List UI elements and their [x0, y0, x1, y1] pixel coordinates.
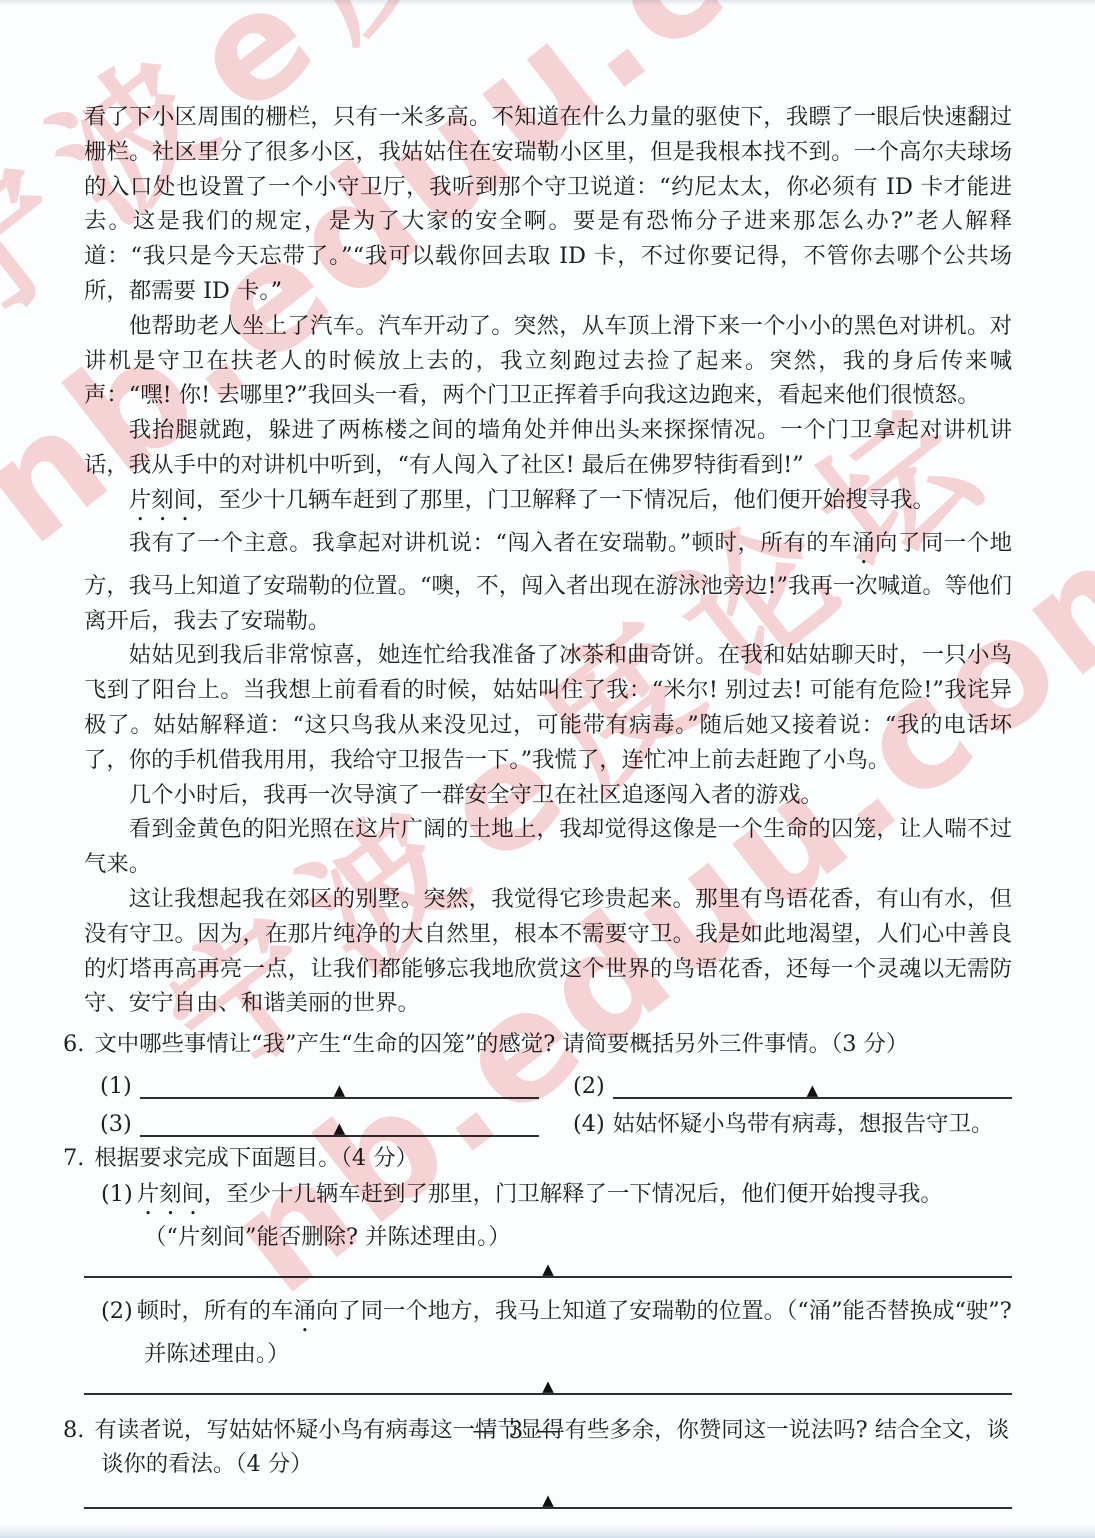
reading-passage: 看了下小区周围的栅栏，只有一米多高。不知道在什么力量的驱使下，我瞟了一眼后快速翻… [84, 100, 1012, 1021]
passage-text: 我有了一个主意。我拿起对讲机说：“闯入者在安瑞勒。”顿时，所有的车 [129, 530, 852, 556]
passage-text: 姑姑见到我后非常惊喜，她连忙给我准备了冰茶和曲奇饼。在我和姑姑聊天时，一只小鸟飞… [84, 642, 1012, 772]
passage-paragraph: 看到金黄色的阳光照在这片广阔的土地上，我却觉得这像是一个生命的囚笼，让人喘不过气… [84, 812, 1012, 882]
blank-marker: (4) [573, 1111, 613, 1137]
passage-paragraph: 我抬腿就跑，躲进了两栋楼之间的墙角处并伸出头来探探情况。一个门卫拿起对讲机讲话，… [84, 413, 1012, 483]
sub-item-note: （“片刻间”能否删除? 并陈述理由。） [144, 1224, 511, 1250]
passage-paragraph: 他帮助老人坐上了汽车。汽车开动了。突然，从车顶上滑下来一个小小的黑色对讲机。对讲… [84, 309, 1012, 413]
answer-triangle-icon: ▲ [334, 1121, 346, 1135]
question-6-stem: 文中哪些事情让“我”产生“生命的囚笼”的感觉? 请简要概括另外三件事情。（3 分… [94, 1031, 908, 1057]
sub-item-marker: (2) [101, 1298, 137, 1324]
answer-blank-line: ▲ [140, 1111, 539, 1137]
question-6-number: 6. [63, 1031, 94, 1057]
blank-row: (1) ▲ (2) ▲ [100, 1061, 1012, 1099]
answer-rule-q7-1: ▲ [84, 1256, 1012, 1278]
blank-marker: (1) [100, 1073, 140, 1099]
answer-triangle-icon: ▲ [807, 1083, 819, 1097]
quoted-sentence: 顿时，所有的车涌向了同一个地方，我马上知道了安瑞勒的位置。（“涌”能否替换成“驶… [137, 1298, 1012, 1367]
passage-paragraph: 看了下小区周围的栅栏，只有一米多高。不知道在什么力量的驱使下，我瞟了一眼后快速翻… [84, 100, 1012, 309]
question-7-stem: 根据要求完成下面题目。（4 分） [94, 1145, 418, 1171]
given-answer-text: 姑姑怀疑小鸟带有病毒，想报告守卫。 [613, 1111, 994, 1137]
answer-rule-q8: ▲ [84, 1487, 1012, 1509]
blank-row: (3) ▲ (4) 姑姑怀疑小鸟带有病毒，想报告守卫。 [100, 1099, 1012, 1137]
passage-text: 我抬腿就跑，躲进了两栋楼之间的墙角处并伸出头来探探情况。一个门卫拿起对讲机讲话，… [84, 417, 1012, 478]
answer-blank-line: ▲ [613, 1073, 1012, 1099]
page-content: 看了下小区周围的栅栏，只有一米多高。不知道在什么力量的驱使下，我瞟了一眼后快速翻… [84, 100, 1012, 1509]
passage-text: 几个小时后，我再一次导演了一群安全守卫在社区追逐闯入者的游戏。 [129, 782, 823, 808]
passage-text: 顿时，所有的车 [137, 1298, 294, 1324]
question-7-number: 7. [63, 1145, 94, 1171]
passage-text: 他帮助老人坐上了汽车。汽车开动了。突然，从车顶上滑下来一个小小的黑色对讲机。对讲… [84, 313, 1012, 409]
passage-paragraph: 姑姑见到我后非常惊喜，她连忙给我准备了冰茶和曲奇饼。在我和姑姑聊天时，一只小鸟飞… [84, 638, 1012, 777]
question-7: 7.根据要求完成下面题目。（4 分） [63, 1141, 1012, 1175]
answer-triangle-icon: ▲ [542, 1493, 554, 1507]
passage-text: ，至少十几辆车赶到了那里，门卫解释了一下情况后，他们便开始搜寻我。 [204, 1181, 943, 1207]
emphasized-text: 片刻间 [137, 1181, 204, 1207]
scan-edge-top [0, 0, 1095, 6]
sub-item-marker: (1) [101, 1181, 137, 1207]
question-6-blanks: (1) ▲ (2) ▲ (3) ▲ (4) 姑姑怀疑小鸟带有病毒 [100, 1061, 1012, 1137]
page-number: — 3 — [0, 1418, 1035, 1444]
question-6: 6.文中哪些事情让“我”产生“生命的囚笼”的感觉? 请简要概括另外三件事情。（3… [63, 1027, 1012, 1061]
answer-rule-q7-2: ▲ [84, 1373, 1012, 1395]
answer-blank-1: (1) ▲ [100, 1073, 539, 1099]
answer-triangle-icon: ▲ [334, 1083, 346, 1097]
quoted-sentence: 片刻间，至少十几辆车赶到了那里，门卫解释了一下情况后，他们便开始搜寻我。 [137, 1181, 943, 1207]
blank-marker: (2) [573, 1073, 613, 1099]
exam-paper-page: 看了下小区周围的栅栏，只有一米多高。不知道在什么力量的驱使下，我瞟了一眼后快速翻… [0, 0, 1095, 1538]
question-7-sub-1: (1)片刻间，至少十几辆车赶到了那里，门卫解释了一下情况后，他们便开始搜寻我。 … [101, 1177, 1012, 1254]
answer-item-4: (4) 姑姑怀疑小鸟带有病毒，想报告守卫。 [573, 1111, 1012, 1137]
answer-blank-line: ▲ [140, 1073, 539, 1099]
answer-blank-2: (2) ▲ [573, 1073, 1012, 1099]
passage-text: 看到金黄色的阳光照在这片广阔的土地上，我却觉得这像是一个生命的囚笼，让人喘不过气… [84, 816, 1012, 877]
answer-triangle-icon: ▲ [542, 1379, 554, 1393]
emphasized-text: 涌 [293, 1298, 315, 1324]
passage-text: 看了下小区周围的栅栏，只有一米多高。不知道在什么力量的驱使下，我瞟了一眼后快速翻… [84, 104, 1012, 304]
passage-text: 这让我想起我在郊区的别墅。突然，我觉得它珍贵起来。那里有鸟语花香，有山有水，但没… [84, 886, 1012, 1016]
question-7-sub-2: (2)顿时，所有的车涌向了同一个地方，我马上知道了安瑞勒的位置。（“涌”能否替换… [101, 1294, 1012, 1371]
emphasized-text: 片刻间 [129, 487, 196, 513]
answer-triangle-icon: ▲ [542, 1262, 554, 1276]
passage-paragraph: 我有了一个主意。我拿起对讲机说：“闯入者在安瑞勒。”顿时，所有的车涌向了同一个地… [84, 526, 1012, 639]
emphasized-text: 涌 [852, 530, 875, 556]
blank-marker: (3) [100, 1111, 140, 1137]
passage-paragraph: 片刻间，至少十几辆车赶到了那里，门卫解释了一下情况后，他们便开始搜寻我。 [84, 483, 1012, 526]
passage-paragraph: 几个小时后，我再一次导演了一群安全守卫在社区追逐闯入者的游戏。 [84, 778, 1012, 813]
passage-paragraph: 这让我想起我在郊区的别墅。突然，我觉得它珍贵起来。那里有鸟语花香，有山有水，但没… [84, 882, 1012, 1021]
passage-text: ，至少十几辆车赶到了那里，门卫解释了一下情况后，他们便开始搜寻我。 [196, 487, 935, 513]
answer-blank-3: (3) ▲ [100, 1111, 539, 1137]
scan-edge-bottom [0, 1524, 1095, 1538]
